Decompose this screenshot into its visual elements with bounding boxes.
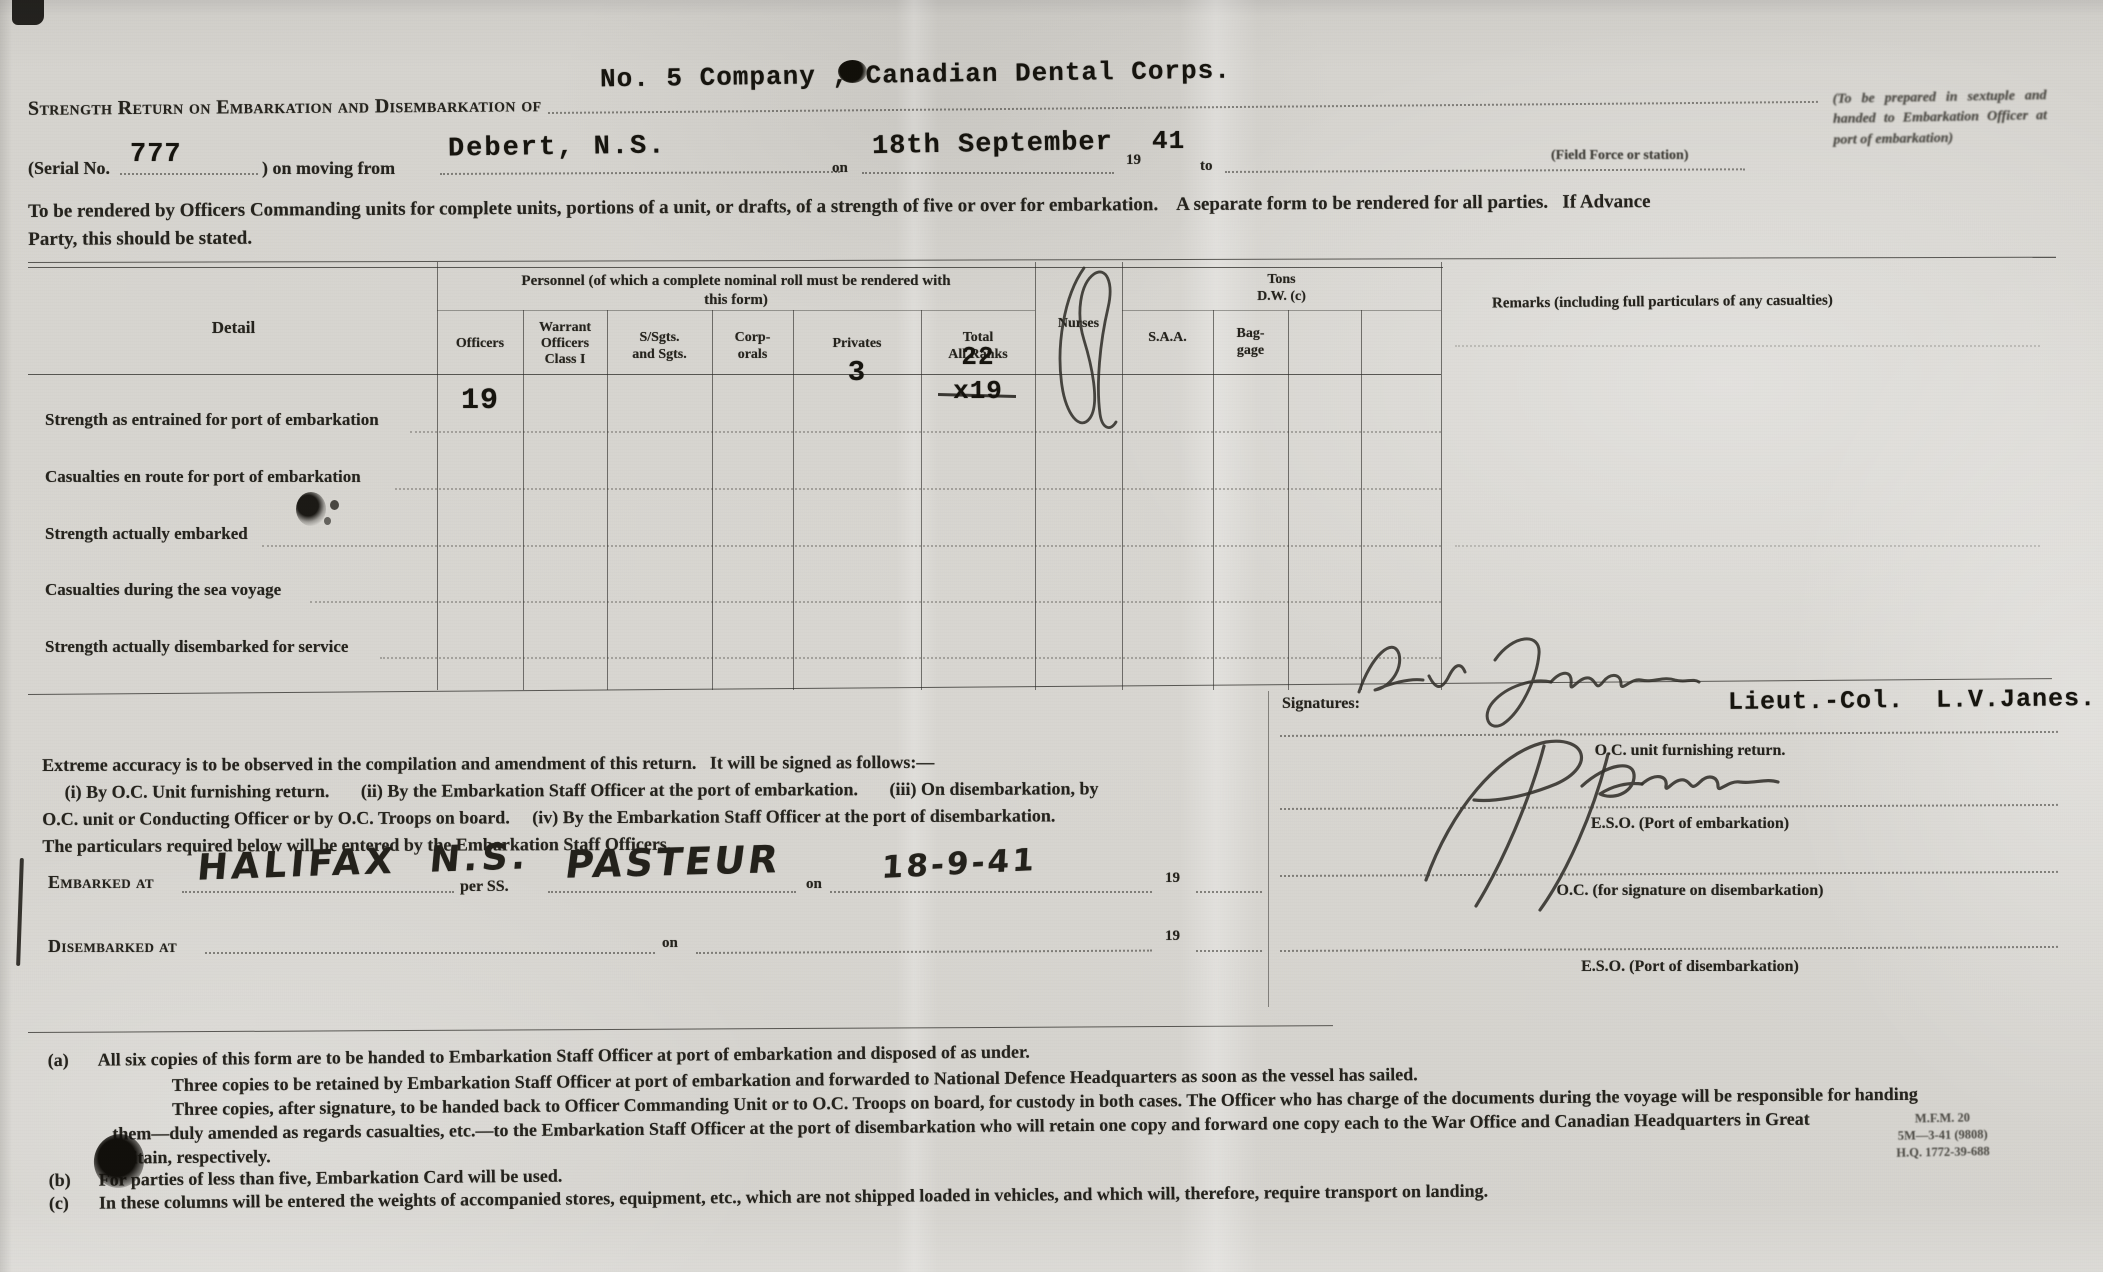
footnote-separator-rule — [28, 1025, 1333, 1033]
remarks-dotted-rule-b — [1455, 545, 2040, 547]
col-header-officers: Officers — [437, 336, 523, 352]
disembarked-at-label: Disembarked at — [48, 936, 177, 957]
row-label-casualties-sea-voyage: Casualties during the sea voyage — [45, 580, 281, 600]
detail-column-header: Detail — [30, 318, 437, 338]
col-header-corporals: Corp- orals — [712, 330, 793, 364]
serial-close-label: ) on moving from — [262, 158, 395, 179]
unit-typed-entry: No. 5 Company , Canadian Dental Corps. — [600, 56, 1231, 95]
nurses-scribble — [1040, 256, 1125, 446]
col-header-baggage: Bag- gage — [1213, 326, 1288, 360]
remarks-column-header: Remarks (including full particulars of a… — [1492, 293, 1833, 313]
print-ref-line3: H.Q. 1772-39-688 — [1896, 1143, 1990, 1162]
print-ref-line2: 5M—3-41 (9808) — [1896, 1126, 1990, 1145]
footnote-b-label: (b) — [49, 1170, 71, 1191]
value-total-corrected: 22 — [921, 342, 1035, 372]
embark-dotted-rule-3 — [830, 891, 1152, 893]
row-leader — [262, 545, 1441, 547]
unit-dotted-rule — [548, 101, 1818, 114]
value-privates-entrained: 3 — [793, 356, 921, 389]
table-vline — [712, 310, 713, 690]
signature-oc-unit — [1345, 626, 1705, 731]
remarks-dotted-rule-a — [1455, 345, 2040, 347]
row-leader — [395, 488, 1441, 490]
print-reference: M.F.M. 20 5M—3-41 (9808) H.Q. 1772-39-68… — [1896, 1109, 1990, 1161]
footnote-ink-blot — [89, 1129, 149, 1192]
embark-dotted-rule-4 — [1196, 891, 1262, 893]
embark-date-entry: 18-9-41 — [881, 842, 1038, 886]
personnel-underrule — [437, 310, 1035, 311]
col-header-privates: Privates — [793, 336, 921, 352]
year-prefix: 19 — [1126, 152, 1141, 169]
sig-caption-eso-disembarkation: E.S.O. (Port of disembarkation) — [1300, 958, 2080, 976]
nurses-scribble-ink — [1040, 256, 1125, 446]
personnel-group-header: Personnel (of which a complete nominal r… — [437, 272, 1035, 310]
date-entry: 18th September — [872, 128, 1113, 162]
sig-caption-oc-disembarkation: O.C. (for signature on disembarkation) — [1300, 882, 2080, 900]
tons-underrule — [1122, 310, 1441, 311]
per-ss-label: per SS. — [460, 878, 509, 896]
footnote-a-sub3: them—duly amended as regards casualties,… — [112, 1109, 1810, 1145]
footnote-a-sub2: Three copies, after signature, to be han… — [172, 1084, 1918, 1120]
row-leader — [310, 601, 1441, 603]
embark-dotted-rule-2 — [548, 891, 796, 893]
table-top-rule-2 — [28, 267, 1443, 268]
embark-on-label: on — [806, 876, 822, 893]
form-title: Strength Return on Embarkation and Disem… — [28, 94, 542, 121]
disembark-on-label: on — [662, 935, 678, 952]
footnote-a-label: (a) — [48, 1050, 69, 1071]
row-label-strength-embarked: Strength actually embarked — [45, 524, 248, 544]
embarked-at-label: Embarked at — [48, 872, 154, 893]
render-instructions: To be rendered by Officers Commanding un… — [28, 188, 1651, 253]
tons-group-header: Tons D.W. (c) — [1122, 272, 1441, 306]
row-leader — [410, 431, 1441, 433]
row-label-strength-disembarked: Strength actually disembarked for servic… — [45, 637, 348, 657]
col-header-warrant-officers: Warrant Officers Class I — [523, 320, 607, 368]
ink-smudge-dot — [324, 517, 331, 525]
moving-from-entry: Debert, N.S. — [448, 131, 667, 164]
table-vline — [437, 262, 438, 690]
print-ref-line1: M.F.M. 20 — [1896, 1109, 1990, 1128]
date-on-label: on — [832, 160, 848, 177]
disembark-year-prefix: 19 — [1165, 928, 1180, 945]
disembark-dotted-rule-2 — [696, 950, 1152, 954]
year-entry: 41 — [1152, 126, 1185, 156]
footnote-c-text: In these columns will be entered the wei… — [99, 1181, 1488, 1214]
serial-label: (Serial No. — [28, 158, 110, 179]
typed-officer-name: Lieut.-Col. L.V.Janes. — [1728, 684, 2096, 717]
row-leader — [380, 657, 1441, 659]
table-vline — [1288, 310, 1289, 690]
to-label: to — [1200, 158, 1213, 175]
header-bottom-rule — [28, 374, 1441, 375]
date-dotted-rule — [862, 172, 1114, 174]
embark-year-prefix: 19 — [1165, 870, 1180, 887]
signature-oc-unit-ink — [1345, 626, 1705, 731]
field-force-note: (Field Force or station) — [1551, 148, 1689, 164]
row-label-casualties-en-route: Casualties en route for port of embarkat… — [45, 467, 361, 487]
footnote-b-text: For parties of less than five, Embarkati… — [99, 1166, 563, 1191]
value-officers-entrained: 19 — [437, 384, 523, 418]
table-vline — [607, 310, 608, 690]
disembark-dotted-rule-3 — [1196, 950, 1262, 952]
signature-section-vline — [1268, 691, 1269, 1007]
footnote-c-label: (c) — [49, 1193, 69, 1214]
col-header-ssgts: S/Sgts. and Sgts. — [607, 330, 712, 364]
value-total-struck: x19 — [921, 376, 1035, 406]
document-sheet: Strength Return on Embarkation and Disem… — [0, 0, 2103, 1272]
margin-pen-stroke — [16, 858, 24, 966]
ink-smudge-dot — [330, 500, 339, 510]
row-label-strength-entrained: Strength as entrained for port of embark… — [45, 410, 379, 430]
footnote-a-text: All six copies of this form are to be ha… — [98, 1042, 1030, 1071]
disembark-dotted-rule-1 — [205, 952, 655, 954]
serial-entry: 777 — [130, 140, 182, 170]
serial-dotted-rule — [120, 173, 258, 175]
embark-dotted-rule-1 — [182, 891, 454, 893]
corner-note: (To be prepared in sextuple and handed t… — [1832, 86, 2047, 151]
ink-smudge — [296, 492, 326, 526]
to-dotted-rule — [1225, 168, 1745, 173]
corner-ink-mark — [12, 0, 44, 25]
from-dotted-rule — [440, 171, 840, 175]
footnote-a-sub1: Three copies to be retained by Embarkati… — [172, 1064, 1418, 1096]
ship-entry: PASTEUR — [563, 837, 784, 887]
sig-caption-eso-embarkation: E.S.O. (Port of embarkation) — [1300, 815, 2080, 833]
sig-dotted-rule-4 — [1280, 946, 2058, 952]
table-vline — [1213, 310, 1214, 690]
col-header-saa: S.A.A. — [1122, 330, 1213, 346]
